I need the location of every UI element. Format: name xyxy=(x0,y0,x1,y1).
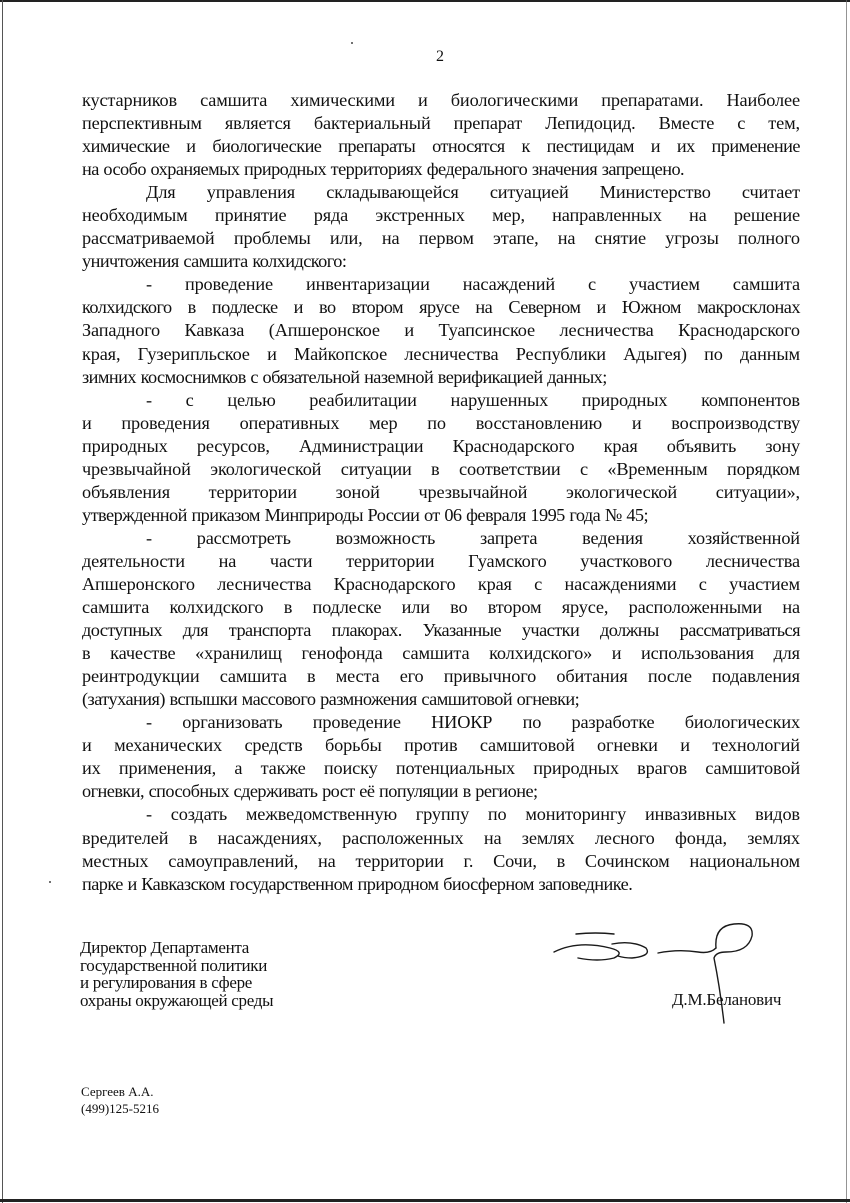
body-line: доступныхдлятранспортаплакорах.Указанные… xyxy=(82,619,800,642)
word: с xyxy=(588,273,596,296)
word: самшита xyxy=(183,250,247,273)
body-line: самшитаколхидскоговподлескеиливовторомяр… xyxy=(82,596,800,619)
word: её xyxy=(359,780,374,803)
word: рассматриваемой xyxy=(82,227,215,250)
word: на xyxy=(484,827,502,850)
word: в xyxy=(557,850,565,873)
letter-body: кустарниковсамшитахимическимиибиологичес… xyxy=(82,89,800,896)
word: Лепидоцид. xyxy=(545,112,635,135)
word: экологической xyxy=(210,458,321,481)
word: на xyxy=(318,850,336,873)
word: колхидского xyxy=(82,296,172,319)
word: на xyxy=(782,596,800,619)
body-line: перспективнымявляетсябактериальныйпрепар… xyxy=(82,112,800,135)
word: Сочинском xyxy=(585,850,670,873)
body-line: имеханическихсредствборьбыпротивсамшитов… xyxy=(82,734,800,757)
word: края, xyxy=(82,343,120,366)
word: снятие xyxy=(595,227,646,250)
word: на xyxy=(219,550,237,573)
word: колхидского» xyxy=(489,642,592,665)
word: участием xyxy=(729,573,800,596)
body-line: -проведениеинвентаризациинасажденийсучас… xyxy=(82,273,800,296)
word: порядком xyxy=(727,458,800,481)
word: химические xyxy=(82,135,169,158)
word: деятельности xyxy=(82,550,185,573)
word: полного xyxy=(738,227,800,250)
word: федерального xyxy=(427,158,528,181)
word: во xyxy=(450,596,467,619)
body-line: наособоохраняемыхприродныхтерриторияхфед… xyxy=(82,158,800,181)
body-line: зимнихкосмоснимковсобязательнойназемнойв… xyxy=(82,366,800,389)
word: подавления xyxy=(712,665,800,688)
body-line: реинтродукциисамшитавместаегопривычногоо… xyxy=(82,665,800,688)
word: или xyxy=(402,596,430,619)
word: подлеске xyxy=(312,596,381,619)
page-number: 2 xyxy=(436,48,444,66)
word: охраняемых xyxy=(151,158,240,181)
word: места xyxy=(336,665,380,688)
word: применение xyxy=(712,135,800,158)
word: зоной xyxy=(336,481,380,504)
word: государственном xyxy=(229,873,352,896)
word: с xyxy=(186,389,194,412)
word: Кавказа xyxy=(185,319,245,342)
document-page: 2 кустарниковсамшитахимическимиибиологич… xyxy=(0,0,850,1203)
word: и xyxy=(597,296,606,319)
word: управления xyxy=(207,181,295,204)
word: соответствии xyxy=(459,458,561,481)
word: для xyxy=(774,642,800,665)
word: проблемы xyxy=(234,227,311,250)
body-line: -рассмотретьвозможностьзапретаведенияхоз… xyxy=(82,527,800,550)
word: популяции xyxy=(379,780,458,803)
word: также xyxy=(261,757,306,780)
word: Северном xyxy=(508,296,580,319)
word: 1995 xyxy=(530,504,564,527)
word: землях xyxy=(522,827,575,850)
word: запрета xyxy=(480,527,537,550)
word: Гузерипльское xyxy=(138,343,250,366)
word: и xyxy=(418,89,428,112)
word: биологические xyxy=(212,135,321,158)
word: в xyxy=(431,458,439,481)
word: - xyxy=(146,273,152,296)
word: их xyxy=(82,757,101,780)
body-line: объявлениятерриториизонойчрезвычайнойэко… xyxy=(82,481,800,504)
word: природном xyxy=(358,873,439,896)
word: - xyxy=(146,803,152,826)
word: экологической xyxy=(566,481,677,504)
word: создать xyxy=(171,803,227,826)
contact-name: Сергеев А.А. xyxy=(81,1084,159,1101)
word: принятие xyxy=(215,204,287,227)
word: поиску xyxy=(324,757,378,780)
body-line: колхидскоговподлескеивовторомярусенаСеве… xyxy=(82,296,800,319)
word: Указанные xyxy=(423,619,501,642)
word: транспорта xyxy=(229,619,311,642)
word: решение xyxy=(734,204,800,227)
body-line: необходимымпринятиерядаэкстренныхмер,нап… xyxy=(82,204,800,227)
word: Краснодарского xyxy=(453,435,575,458)
word: в xyxy=(307,665,315,688)
word: природных xyxy=(82,435,168,458)
body-line: местныхсамоуправлений,натерриторииг.Сочи… xyxy=(82,850,800,873)
word: самшитовой xyxy=(705,757,800,780)
word: Вместе xyxy=(659,112,715,135)
body-line: ДляуправленияскладывающейсяситуациейМини… xyxy=(82,181,800,204)
word: пестицидам xyxy=(547,135,634,158)
word: с xyxy=(250,366,258,389)
word: (Апшеронское xyxy=(269,319,380,342)
word: «хранилищ xyxy=(195,642,282,665)
word: складывающейся xyxy=(326,181,458,204)
word: препаратами. xyxy=(601,89,703,112)
word: регионе; xyxy=(475,780,537,803)
word: реинтродукции xyxy=(82,665,200,688)
body-line: деятельностиначаститерриторииГуамскогоуч… xyxy=(82,550,800,573)
word: на xyxy=(382,227,400,250)
word: значения xyxy=(532,158,597,181)
word: самшитовой xyxy=(421,688,512,711)
word: по xyxy=(704,343,723,366)
word: после xyxy=(648,665,692,688)
word: плакорах. xyxy=(332,619,402,642)
word: оперативных xyxy=(240,412,340,435)
word: лесного xyxy=(595,827,655,850)
word: г. xyxy=(464,850,474,873)
word: огневки xyxy=(597,734,658,757)
word: чрезвычайной xyxy=(82,458,191,481)
word: межведомственную xyxy=(246,803,397,826)
word: по xyxy=(427,412,446,435)
word: обязательной xyxy=(263,366,360,389)
word: втором xyxy=(488,596,542,619)
word: особо xyxy=(103,158,146,181)
word: качестве xyxy=(110,642,175,665)
body-line: края,ГузерипльскоеиМайкопскоелесничества… xyxy=(82,343,800,366)
word: компонентов xyxy=(701,389,800,412)
word: зимних xyxy=(82,366,136,389)
word: тем, xyxy=(768,112,800,135)
word: во xyxy=(319,296,336,319)
body-line: огневки,способныхсдерживатьростеёпопуляц… xyxy=(82,780,800,803)
word: самшита xyxy=(220,665,287,688)
word: участки xyxy=(522,619,579,642)
word: экстренных xyxy=(375,204,464,227)
word: мер xyxy=(369,412,397,435)
body-line: ипроведенияоперативныхмерповосстановлени… xyxy=(82,412,800,435)
word: ситуации», xyxy=(716,481,800,504)
word: обитания xyxy=(556,665,627,688)
word: Минприроды xyxy=(265,504,363,527)
word: землях xyxy=(747,827,800,850)
word: и xyxy=(294,296,303,319)
word: лесничества xyxy=(217,573,311,596)
word: на xyxy=(82,158,99,181)
word: лесничества xyxy=(404,343,498,366)
scan-speck xyxy=(49,881,51,883)
word: возможность xyxy=(336,527,436,550)
word: макросклонах xyxy=(697,296,800,319)
word: «Временным xyxy=(607,458,707,481)
word: насаждений xyxy=(463,273,555,296)
word: целью xyxy=(227,389,275,412)
word: с xyxy=(699,573,707,596)
word: вспышки xyxy=(169,688,237,711)
word: средств xyxy=(244,734,302,757)
signatory-title-line: и регулирования в сфере xyxy=(80,974,273,992)
word: - xyxy=(146,711,152,734)
word: воспроизводству xyxy=(671,412,800,435)
word: способных xyxy=(149,780,229,803)
word: его xyxy=(400,665,424,688)
word: Сочи, xyxy=(493,850,537,873)
word: ряда xyxy=(314,204,348,227)
word: считает xyxy=(742,181,800,204)
word: Гуамского xyxy=(468,550,547,573)
word: лесничества xyxy=(559,319,653,342)
word: насаждениями xyxy=(564,573,676,596)
word: инвазивных xyxy=(645,803,736,826)
word: в xyxy=(189,827,197,850)
word: 45; xyxy=(626,504,648,527)
word: рассмотреть xyxy=(197,527,291,550)
word: с xyxy=(534,573,542,596)
word: части xyxy=(270,550,312,573)
body-line: рассматриваемойпроблемыили,напервомэтапе… xyxy=(82,227,800,250)
word: группу xyxy=(416,803,469,826)
word: заповеднике. xyxy=(538,873,632,896)
word: Наиболее xyxy=(727,89,800,112)
word: края xyxy=(604,435,638,458)
word: самшита xyxy=(200,89,267,112)
word: механических xyxy=(114,734,222,757)
word: восстановлению xyxy=(476,412,602,435)
word: ведения xyxy=(582,527,643,550)
word: перспективным xyxy=(82,112,202,135)
word: участием xyxy=(629,273,700,296)
word: размножения xyxy=(320,688,417,711)
word: февраля xyxy=(466,504,526,527)
word: хозяйственной xyxy=(688,527,800,550)
word: России xyxy=(368,504,420,527)
word: объявления xyxy=(82,481,170,504)
word: и xyxy=(127,873,136,896)
word: парке xyxy=(82,873,123,896)
signatory-title-line: Директор Департамента xyxy=(80,939,273,957)
word: колхидского xyxy=(169,596,263,619)
word: Кавказском xyxy=(141,873,225,896)
word: Южном xyxy=(622,296,681,319)
word: видов xyxy=(755,803,800,826)
word: огневки; xyxy=(517,688,580,711)
word: 06 xyxy=(444,504,461,527)
word: проведение xyxy=(185,273,273,296)
word: Для xyxy=(146,181,176,204)
word: подлеске xyxy=(212,296,278,319)
body-line: вредителейвнасаждениях,расположенныхназе… xyxy=(82,827,800,850)
body-line: природныхресурсов,АдминистрацииКраснодар… xyxy=(82,435,800,458)
word: объявить xyxy=(667,435,736,458)
body-line: утвержденнойприказомМинприродыРоссииот06… xyxy=(82,504,800,527)
word: природных xyxy=(244,158,326,181)
word: расположенных xyxy=(342,827,463,850)
word: Майкопское xyxy=(294,343,387,366)
word: по xyxy=(488,803,507,826)
scan-border-right xyxy=(846,0,847,1203)
body-line: ихприменения,атакжепоискупотенциальныхпр… xyxy=(82,757,800,780)
scan-border-left xyxy=(2,0,3,1203)
word: инвентаризации xyxy=(306,273,430,296)
word: самшита xyxy=(402,642,469,665)
word: данным xyxy=(740,343,800,366)
word: препараты xyxy=(338,135,415,158)
word: является xyxy=(225,112,291,135)
word: расположенными xyxy=(629,596,762,619)
word: относятся xyxy=(432,135,505,158)
word: сдерживать xyxy=(234,780,318,803)
word: ситуацией xyxy=(490,181,569,204)
word: Апшеронского xyxy=(82,573,195,596)
word: НИОКР xyxy=(431,711,492,734)
word: ярусе, xyxy=(562,596,609,619)
word: генофонда xyxy=(302,642,383,665)
word: (затухания) xyxy=(82,688,165,711)
word: мониторингу xyxy=(525,803,626,826)
word: самшита xyxy=(733,273,800,296)
word: врагов xyxy=(637,757,687,780)
word: мер, xyxy=(492,204,525,227)
word: организовать xyxy=(182,711,282,734)
word: технологий xyxy=(712,734,800,757)
word: колхидского: xyxy=(252,250,346,273)
word: Адыгея) xyxy=(623,343,687,366)
body-line: -организоватьпроведениеНИОКРпоразработке… xyxy=(82,711,800,734)
word: чрезвычайной xyxy=(419,481,528,504)
word: приказом xyxy=(191,504,260,527)
word: против xyxy=(404,734,457,757)
word: природных xyxy=(582,389,668,412)
body-line: паркеиКавказскомгосударственномприродном… xyxy=(82,873,800,896)
word: территории xyxy=(346,550,434,573)
word: их xyxy=(677,135,695,158)
word: утвержденной xyxy=(82,504,187,527)
word: и xyxy=(680,734,690,757)
body-line: (затухания)вспышкимассовогоразмноженияса… xyxy=(82,688,800,711)
body-line: кустарниковсамшитахимическимиибиологичес… xyxy=(82,89,800,112)
word: на xyxy=(689,204,707,227)
body-line: вкачестве«хранилищгенофондасамшитаколхид… xyxy=(82,642,800,665)
word: ситуации xyxy=(341,458,412,481)
word: биологических xyxy=(685,711,800,734)
body-line: ЗападногоКавказа(АпшеронскоеиТуапсинское… xyxy=(82,319,800,342)
word: на xyxy=(558,227,576,250)
word: массового xyxy=(242,688,316,711)
body-line: химическиеибиологическиепрепаратыотносят… xyxy=(82,135,800,158)
word: года xyxy=(569,504,600,527)
word: должны xyxy=(600,619,659,642)
word: самшитовой xyxy=(480,734,575,757)
word: биосферном xyxy=(443,873,534,896)
body-line: чрезвычайнойэкологическойситуациивсоотве… xyxy=(82,458,800,481)
word: ярусе xyxy=(419,296,459,319)
body-line: уничтожениясамшитаколхидского: xyxy=(82,250,800,273)
contact-phone: (499)125-5216 xyxy=(81,1101,159,1118)
word: в xyxy=(82,642,90,665)
word: от xyxy=(424,504,440,527)
word: насаждениях, xyxy=(218,827,322,850)
signatory-title: Директор Департамента государственной по… xyxy=(80,939,273,1010)
body-line: -сцельюреабилитациинарушенныхприродныхко… xyxy=(82,389,800,412)
word: и xyxy=(82,734,92,757)
word: фонда, xyxy=(675,827,727,850)
signatory-title-line: государственной политики xyxy=(80,957,273,975)
word: рост xyxy=(322,780,355,803)
word: первом xyxy=(419,227,474,250)
word: вредителей xyxy=(82,827,168,850)
word: данных; xyxy=(547,366,607,389)
word: космоснимков xyxy=(141,366,246,389)
word: Туапсинское xyxy=(439,319,535,342)
word: запрещено. xyxy=(602,158,684,181)
word: и xyxy=(267,343,277,366)
word: применения, xyxy=(119,757,216,780)
word: Западного xyxy=(82,319,160,342)
body-line: АпшеронскоголесничестваКраснодарскогокра… xyxy=(82,573,800,596)
word: и xyxy=(404,319,414,342)
word: а xyxy=(234,757,242,780)
word: доступных xyxy=(82,619,162,642)
signatory-title-line: охраны окружающей среды xyxy=(80,992,273,1010)
scan-border-bottom xyxy=(0,1199,850,1202)
word: на xyxy=(475,296,492,319)
scan-border-top xyxy=(0,0,850,2)
word: территориях xyxy=(331,158,422,181)
word: бактериальный xyxy=(314,112,431,135)
word: территории xyxy=(355,850,443,873)
word: - xyxy=(146,527,152,550)
word: нарушенных xyxy=(450,389,548,412)
word: биологическими xyxy=(451,89,578,112)
word: № xyxy=(605,504,622,527)
word: самоуправлений, xyxy=(168,850,298,873)
word: к xyxy=(521,135,529,158)
word: участкового xyxy=(580,550,672,573)
word: природных xyxy=(533,757,619,780)
word: и xyxy=(82,412,92,435)
word: угрозы xyxy=(665,227,719,250)
scan-speck xyxy=(351,42,353,44)
word: использования xyxy=(641,642,754,665)
word: реабилитации xyxy=(309,389,416,412)
word: Краснодарского xyxy=(678,319,800,342)
word: - xyxy=(146,389,152,412)
word: рассматриваться xyxy=(680,619,800,642)
word: проведение xyxy=(313,711,401,734)
word: проведения xyxy=(121,412,209,435)
word: местных xyxy=(82,850,148,873)
word: лесничества xyxy=(706,550,800,573)
word: и xyxy=(612,642,622,665)
word: привычного xyxy=(444,665,536,688)
word: борьбы xyxy=(325,734,382,757)
word: и xyxy=(632,412,642,435)
word: потенциальных xyxy=(396,757,515,780)
word: национальном xyxy=(689,850,799,873)
word: ресурсов, xyxy=(197,435,270,458)
word: Республики xyxy=(516,343,606,366)
word: в xyxy=(284,596,292,619)
